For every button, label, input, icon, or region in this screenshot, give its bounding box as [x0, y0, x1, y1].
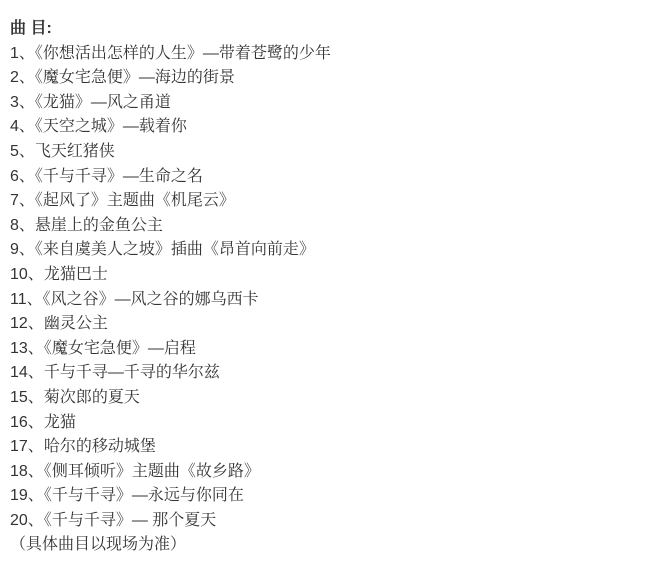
song-list-item: 2、《魔女宅急便》—海边的街景	[10, 66, 638, 91]
song-list-item: 6、《千与千寻》—生命之名	[10, 165, 638, 190]
song-number: 13、	[10, 340, 44, 357]
song-number: 9、	[10, 241, 35, 258]
song-number: 19、	[10, 487, 44, 504]
song-title: 《起风了》主题曲《机尾云》	[35, 192, 235, 209]
song-title: 《千与千寻》—生命之名	[35, 168, 203, 185]
song-list-item: 18、《侧耳倾听》主题曲《故乡路》	[10, 460, 638, 485]
song-number: 18、	[10, 463, 44, 480]
song-list-item: 4、《天空之城》—载着你	[10, 115, 638, 140]
song-title: 《天空之城》—载着你	[35, 118, 187, 135]
song-number: 17、	[10, 438, 44, 455]
song-list-page: 曲 目: 1、《你想活出怎样的人生》—带着苍鹭的少年 2、《魔女宅急便》—海边的…	[0, 0, 648, 558]
song-list-item: 12、幽灵公主	[10, 312, 638, 337]
song-title: 菊次郎的夏天	[44, 389, 140, 406]
song-title: 幽灵公主	[44, 315, 108, 332]
song-title: 《千与千寻》—永远与你同在	[44, 487, 244, 504]
song-title: 《来自虞美人之坡》插曲《昂首向前走》	[35, 241, 315, 258]
song-number: 7、	[10, 192, 35, 209]
song-list-item: 7、《起风了》主题曲《机尾云》	[10, 189, 638, 214]
song-title: 飞天红猪侠	[35, 143, 115, 160]
song-list-item: 15、菊次郎的夏天	[10, 386, 638, 411]
song-number: 16、	[10, 414, 44, 431]
song-list-item: 19、《千与千寻》—永远与你同在	[10, 484, 638, 509]
song-number: 4、	[10, 118, 35, 135]
song-title: 龙猫	[44, 414, 76, 431]
song-title: 《风之谷》—风之谷的娜乌西卡	[43, 291, 259, 308]
song-number: 11、	[10, 291, 43, 308]
song-list-item: 10、龙猫巴士	[10, 263, 638, 288]
song-list-item: 5、飞天红猪侠	[10, 140, 638, 165]
song-number: 5、	[10, 143, 35, 160]
song-number: 10、	[10, 266, 44, 283]
song-title: 悬崖上的金鱼公主	[35, 217, 163, 234]
song-title: 龙猫巴士	[44, 266, 108, 283]
song-number: 8、	[10, 217, 35, 234]
song-number: 14、	[10, 364, 44, 381]
song-list-item: 20、《千与千寻》— 那个夏天	[10, 509, 638, 534]
song-list-item: 8、悬崖上的金鱼公主	[10, 214, 638, 239]
song-title: 《魔女宅急便》—海边的街景	[35, 69, 235, 86]
song-number: 15、	[10, 389, 44, 406]
song-list-item: 1、《你想活出怎样的人生》—带着苍鹭的少年	[10, 42, 638, 67]
song-number: 20、	[10, 512, 44, 529]
song-list-item: 13、《魔女宅急便》—启程	[10, 337, 638, 362]
song-title: 《魔女宅急便》—启程	[44, 340, 196, 357]
song-title: 《龙猫》—风之甬道	[35, 94, 171, 111]
song-title: 哈尔的移动城堡	[44, 438, 156, 455]
song-number: 2、	[10, 69, 35, 86]
song-list-item: 17、哈尔的移动城堡	[10, 435, 638, 460]
song-list-item: 11、《风之谷》—风之谷的娜乌西卡	[10, 288, 638, 313]
venue-disclaimer-note: （具体曲目以现场为准）	[10, 533, 638, 558]
song-number: 12、	[10, 315, 44, 332]
song-title: 《你想活出怎样的人生》—带着苍鹭的少年	[35, 45, 331, 62]
song-title: 《侧耳倾听》主题曲《故乡路》	[44, 463, 260, 480]
song-list-item: 16、龙猫	[10, 411, 638, 436]
song-list-item: 3、《龙猫》—风之甬道	[10, 91, 638, 116]
track-list-heading: 曲 目:	[10, 17, 638, 42]
song-list-item: 14、千与千寻—千寻的华尔兹	[10, 361, 638, 386]
song-list-item: 9、《来自虞美人之坡》插曲《昂首向前走》	[10, 238, 638, 263]
song-number: 3、	[10, 94, 35, 111]
song-number: 6、	[10, 168, 35, 185]
song-number: 1、	[10, 45, 35, 62]
song-title: 千与千寻—千寻的华尔兹	[44, 364, 220, 381]
song-title: 《千与千寻》— 那个夏天	[44, 512, 216, 529]
